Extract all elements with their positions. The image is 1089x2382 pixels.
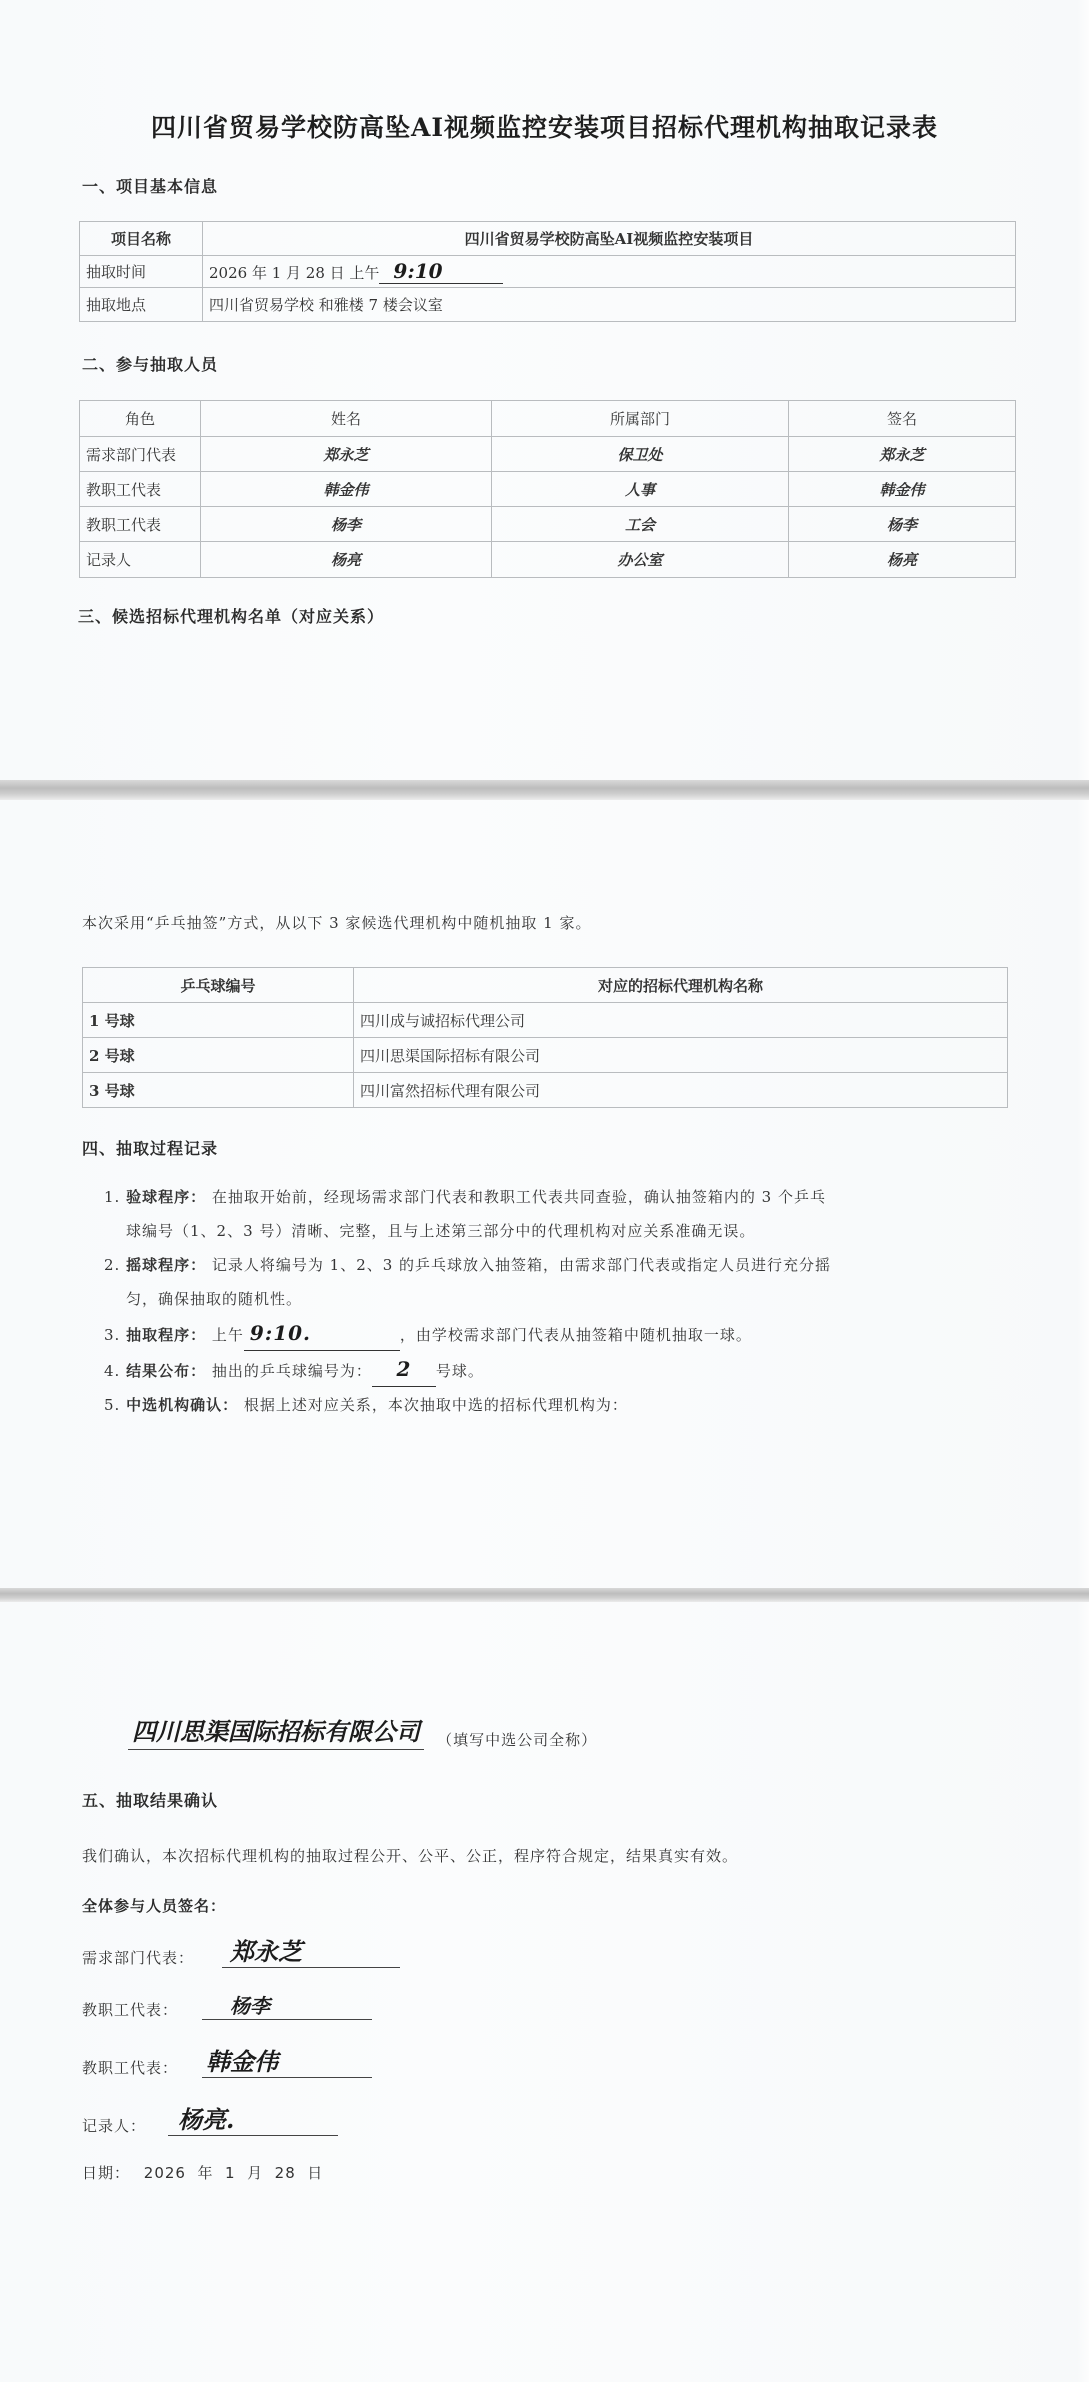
signer-row: 教职工代表：杨李 [82,1990,372,2020]
section-3-heading: 三、候选招标代理机构名单（对应关系） [78,604,384,627]
item-number: 5. [104,1396,120,1414]
col-agency-name: 对应的招标代理机构名称 [354,968,1008,1003]
dept-handwritten: 保卫处 [492,437,789,472]
item-label: 验球程序： [126,1188,206,1206]
role: 记录人 [80,542,201,578]
signer-label: 需求部门代表： [82,1947,222,1968]
signature: 杨李 [789,507,1016,542]
signer-label: 教职工代表： [82,1999,202,2020]
dept-handwritten: 人事 [492,472,789,507]
page-1: 四川省贸易学校防高坠AI视频监控安装项目招标代理机构抽取记录表 一、项目基本信息… [0,0,1089,780]
item-label: 中选机构确认： [126,1396,238,1414]
table-row: 记录人 杨亮 办公室 杨亮 [80,542,1016,578]
page-separator [0,780,1089,800]
date-line: 日期： 2026 年 1 月 28 日 [82,2162,323,2183]
label-draw-time: 抽取时间 [80,256,203,288]
name-handwritten: 杨亮 [201,542,492,578]
item-number: 2. [104,1256,120,1274]
document-title: 四川省贸易学校防高坠AI视频监控安装项目招标代理机构抽取记录表 [0,108,1089,144]
item-number: 4. [104,1362,120,1380]
role: 需求部门代表 [80,437,201,472]
signer-row: 教职工代表：韩金伟 [82,2042,372,2078]
role: 教职工代表 [80,472,201,507]
table-row: 3 号球 四川富然招标代理有限公司 [83,1073,1008,1108]
process-item-4: 4. 结果公布： 抽出的乒乓球编号为：2号球。 [104,1352,1004,1388]
section-3-intro: 本次采用“乒乓抽签”方式，从以下 3 家候选代理机构中随机抽取 1 家。 [82,912,592,933]
section-1-heading: 一、项目基本信息 [82,174,218,197]
candidate-agencies-table: 乒乓球编号 对应的招标代理机构名称 1 号球 四川成与诚招标代理公司 2 号球 … [82,967,1008,1108]
process-item-1: 1. 验球程序： 在抽取开始前，经现场需求部门代表和教职工代表共同查验，确认抽签… [104,1180,1004,1214]
participants-table: 角色 姓名 所属部门 签名 需求部门代表 郑永芝 保卫处 郑永芝 教职工代表 韩… [79,400,1016,578]
col-role: 角色 [80,401,201,437]
date-value: 2026 年 1 月 28 日 [144,2164,324,2182]
agency-name: 四川成与诚招标代理公司 [354,1003,1008,1038]
signature: 韩金伟 [789,472,1016,507]
selected-agency-note: （填写中选公司全称） [437,1731,597,1749]
item-text: ，由学校需求部门代表从抽签箱中随机抽取一球。 [400,1326,752,1344]
signature: 杨亮. [168,2100,338,2136]
ball-number: 2 号球 [83,1038,354,1073]
signature: 杨亮 [789,542,1016,578]
role: 教职工代表 [80,507,201,542]
page-2: 本次采用“乒乓抽签”方式，从以下 3 家候选代理机构中随机抽取 1 家。 乒乓球… [0,800,1089,1588]
item-text: 在抽取开始前，经现场需求部门代表和教职工代表共同查验，确认抽签箱内的 3 个乒乓 [212,1188,826,1206]
name-handwritten: 韩金伟 [201,472,492,507]
col-signature: 签名 [789,401,1016,437]
col-ball-number: 乒乓球编号 [83,968,354,1003]
table-header-row: 角色 姓名 所属部门 签名 [80,401,1016,437]
item-number: 3. [104,1326,120,1344]
item-text: 根据上述对应关系，本次抽取中选的招标代理机构为： [244,1396,628,1414]
value-project-name: 四川省贸易学校防高坠AI视频监控安装项目 [203,222,1016,256]
name-handwritten: 杨李 [201,507,492,542]
process-item-5: 5. 中选机构确认： 根据上述对应关系，本次抽取中选的招标代理机构为： [104,1388,1004,1422]
table-row: 抽取地点 四川省贸易学校 和雅楼 7 楼会议室 [80,288,1016,322]
project-info-table: 项目名称 四川省贸易学校防高坠AI视频监控安装项目 抽取时间 2026 年 1 … [79,221,1016,322]
section-2-heading: 二、参与抽取人员 [82,352,218,375]
confirmation-statement: 我们确认，本次招标代理机构的抽取过程公开、公平、公正，程序符合规定，结果真实有效… [82,1845,738,1866]
table-row: 1 号球 四川成与诚招标代理公司 [83,1003,1008,1038]
table-row: 抽取时间 2026 年 1 月 28 日 上午9:10 [80,256,1016,288]
date-label: 日期： [82,2164,130,2182]
label-draw-location: 抽取地点 [80,288,203,322]
draw-time-handwritten: 9:10 [379,259,503,284]
signers-heading: 全体参与人员签名： [82,1895,226,1916]
dept-handwritten: 工会 [492,507,789,542]
item-text-continued: 球编号（1、2、3 号）清晰、完整，且与上述第三部分中的代理机构对应关系准确无误… [104,1214,1004,1248]
ball-number: 3 号球 [83,1073,354,1108]
dept-handwritten: 办公室 [492,542,789,578]
signer-row: 需求部门代表：郑永芝 [82,1932,400,1968]
item-label: 摇球程序： [126,1256,206,1274]
ball-number-handwritten: 2 [372,1352,436,1387]
table-row: 项目名称 四川省贸易学校防高坠AI视频监控安装项目 [80,222,1016,256]
process-item-3: 3. 抽取程序： 上午9:10.，由学校需求部门代表从抽签箱中随机抽取一球。 [104,1316,1004,1352]
table-row: 2 号球 四川思渠国际招标有限公司 [83,1038,1008,1073]
item-number: 1. [104,1188,120,1206]
section-5-heading: 五、抽取结果确认 [82,1788,218,1811]
table-row: 教职工代表 杨李 工会 杨李 [80,507,1016,542]
signature: 郑永芝 [789,437,1016,472]
signature: 韩金伟 [202,2042,372,2078]
draw-time-date: 2026 年 1 月 28 日 上午 [209,264,379,282]
draw-time-handwritten: 9:10. [244,1316,400,1351]
ball-number: 1 号球 [83,1003,354,1038]
item-text: 号球。 [436,1362,484,1380]
page-3: 四川思渠国际招标有限公司 （填写中选公司全称） 五、抽取结果确认 我们确认，本次… [0,1602,1089,2382]
signer-row: 记录人：杨亮. [82,2100,338,2136]
item-text-continued: 匀，确保抽取的随机性。 [104,1282,1004,1316]
section-4-heading: 四、抽取过程记录 [82,1136,218,1159]
page-separator [0,1588,1089,1602]
item-label: 抽取程序： [126,1326,206,1344]
label-project-name: 项目名称 [80,222,203,256]
agency-name: 四川思渠国际招标有限公司 [354,1038,1008,1073]
item-label: 结果公布： [126,1362,206,1380]
signer-label: 教职工代表： [82,2057,202,2078]
signature: 杨李 [202,1990,372,2020]
item-text: 抽出的乒乓球编号为： [212,1362,372,1380]
table-row: 需求部门代表 郑永芝 保卫处 郑永芝 [80,437,1016,472]
selected-agency-handwritten: 四川思渠国际招标有限公司 [128,1712,424,1750]
value-draw-time: 2026 年 1 月 28 日 上午9:10 [203,256,1016,288]
agency-name: 四川富然招标代理有限公司 [354,1073,1008,1108]
col-dept: 所属部门 [492,401,789,437]
value-draw-location: 四川省贸易学校 和雅楼 7 楼会议室 [203,288,1016,322]
process-list: 1. 验球程序： 在抽取开始前，经现场需求部门代表和教职工代表共同查验，确认抽签… [104,1180,1004,1422]
process-item-2: 2. 摇球程序： 记录人将编号为 1、2、3 的乒乓球放入抽签箱，由需求部门代表… [104,1248,1004,1282]
selected-agency-line: 四川思渠国际招标有限公司 （填写中选公司全称） [128,1712,597,1750]
item-text: 记录人将编号为 1、2、3 的乒乓球放入抽签箱，由需求部门代表或指定人员进行充分… [212,1256,831,1274]
name-handwritten: 郑永芝 [201,437,492,472]
table-header-row: 乒乓球编号 对应的招标代理机构名称 [83,968,1008,1003]
signer-label: 记录人： [82,2115,168,2136]
signature: 郑永芝 [222,1932,400,1968]
col-name: 姓名 [201,401,492,437]
table-row: 教职工代表 韩金伟 人事 韩金伟 [80,472,1016,507]
item-text: 上午 [212,1326,244,1344]
